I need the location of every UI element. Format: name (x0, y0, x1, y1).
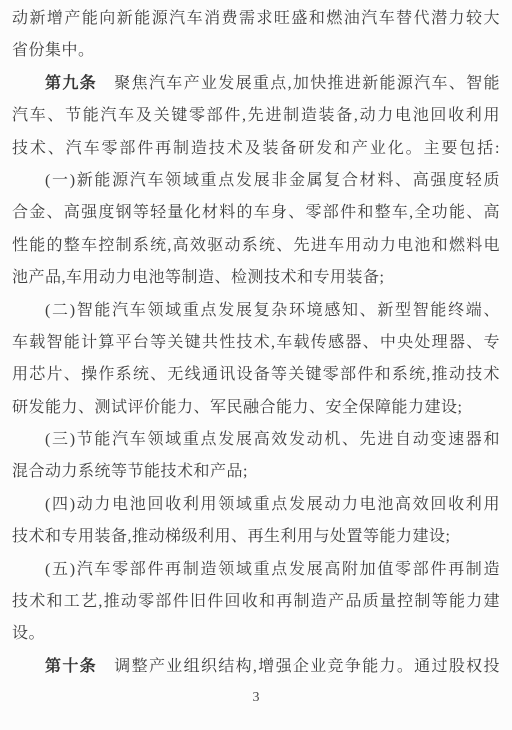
text-segment: (一)新能源汽车领域重点发展非金属复合材料、高强度轻质 (45, 172, 500, 189)
text-line: 省份集中。 (12, 35, 500, 67)
text-line: 动新增产能向新能源汽车消费需求旺盛和燃油汽车替代潜力较大 (12, 3, 500, 35)
text-line: 池产品,车用动力电池等制造、检测技术和专用装备; (12, 262, 500, 294)
page-number: 3 (0, 690, 512, 706)
text-segment: (四)动力电池回收利用领域重点发展动力电池高效回收利用 (45, 496, 500, 513)
text-line: 研发能力、测试评价能力、军民融合能力、安全保障能力建设; (12, 392, 500, 424)
text-line: (一)新能源汽车领域重点发展非金属复合材料、高强度轻质 (12, 165, 500, 197)
text-segment: 技术和工艺,推动零部件旧件回收和再制造产品质量控制等能力建 (12, 593, 500, 610)
text-segment: 聚焦汽车产业发展重点,加快推进新能源汽车、智能 (97, 75, 500, 92)
text-line: (四)动力电池回收利用领域重点发展动力电池高效回收利用 (12, 489, 500, 521)
article-heading: 第九条 (45, 75, 97, 92)
text-segment: 调整产业组织结构,增强企业竞争能力。通过股权投 (97, 658, 500, 675)
text-line: 技术、汽车零部件再制造技术及装备研发和产业化。主要包括: (12, 133, 500, 165)
text-segment: (三)节能汽车领域重点发展高效发动机、先进自动变速器和 (45, 431, 500, 448)
text-segment: 研发能力、测试评价能力、军民融合能力、安全保障能力建设; (12, 399, 462, 416)
text-line: (二)智能汽车领域重点发展复杂环境感知、新型智能终端、 (12, 295, 500, 327)
text-line: 混合动力系统等节能技术和产品; (12, 456, 500, 488)
text-segment: 混合动力系统等节能技术和产品; (12, 463, 248, 480)
text-line: 设。 (12, 618, 500, 650)
text-line: (三)节能汽车领域重点发展高效发动机、先进自动变速器和 (12, 424, 500, 456)
text-segment: (五)汽车零部件再制造领域重点发展高附加值零部件再制造 (45, 561, 500, 578)
text-line: 技术和专用装备,推动梯级利用、再生利用与处置等能力建设; (12, 521, 500, 553)
text-segment: 动新增产能向新能源汽车消费需求旺盛和燃油汽车替代潜力较大 (12, 10, 500, 27)
text-line: 车载智能计算平台等关键共性技术,车载传感器、中央处理器、专 (12, 327, 500, 359)
text-segment: 性能的整车控制系统,高效驱动系统、先进车用动力电池和燃料电 (12, 237, 500, 254)
text-segment: 技术、汽车零部件再制造技术及装备研发和产业化。主要包括: (12, 140, 500, 157)
text-line: 第十条 调整产业组织结构,增强企业竞争能力。通过股权投 (12, 651, 500, 683)
text-segment: 车载智能计算平台等关键共性技术,车载传感器、中央处理器、专 (12, 334, 500, 351)
text-line: 用芯片、操作系统、无线通讯设备等关键零部件和系统,推动技术 (12, 359, 500, 391)
text-line: 合金、高强度钢等轻量化材料的车身、零部件和整车,全功能、高 (12, 197, 500, 229)
article-heading: 第十条 (45, 658, 97, 675)
document-body: 动新增产能向新能源汽车消费需求旺盛和燃油汽车替代潜力较大省份集中。第九条 聚焦汽… (12, 3, 500, 683)
text-line: 第九条 聚焦汽车产业发展重点,加快推进新能源汽车、智能 (12, 68, 500, 100)
text-segment: 合金、高强度钢等轻量化材料的车身、零部件和整车,全功能、高 (12, 204, 500, 221)
text-segment: (二)智能汽车领域重点发展复杂环境感知、新型智能终端、 (45, 302, 500, 319)
text-line: (五)汽车零部件再制造领域重点发展高附加值零部件再制造 (12, 554, 500, 586)
text-line: 性能的整车控制系统,高效驱动系统、先进车用动力电池和燃料电 (12, 230, 500, 262)
text-segment: 池产品,车用动力电池等制造、检测技术和专用装备; (12, 269, 384, 286)
text-segment: 汽车、节能汽车及关键零部件,先进制造装备,动力电池回收利用 (12, 107, 500, 124)
text-line: 技术和工艺,推动零部件旧件回收和再制造产品质量控制等能力建 (12, 586, 500, 618)
document-page: 动新增产能向新能源汽车消费需求旺盛和燃油汽车替代潜力较大省份集中。第九条 聚焦汽… (0, 0, 512, 730)
text-line: 汽车、节能汽车及关键零部件,先进制造装备,动力电池回收利用 (12, 100, 500, 132)
text-segment: 用芯片、操作系统、无线通讯设备等关键零部件和系统,推动技术 (12, 366, 500, 383)
text-segment: 设。 (12, 625, 45, 642)
text-segment: 技术和专用装备,推动梯级利用、再生利用与处置等能力建设; (12, 528, 450, 545)
text-segment: 省份集中。 (12, 42, 95, 59)
